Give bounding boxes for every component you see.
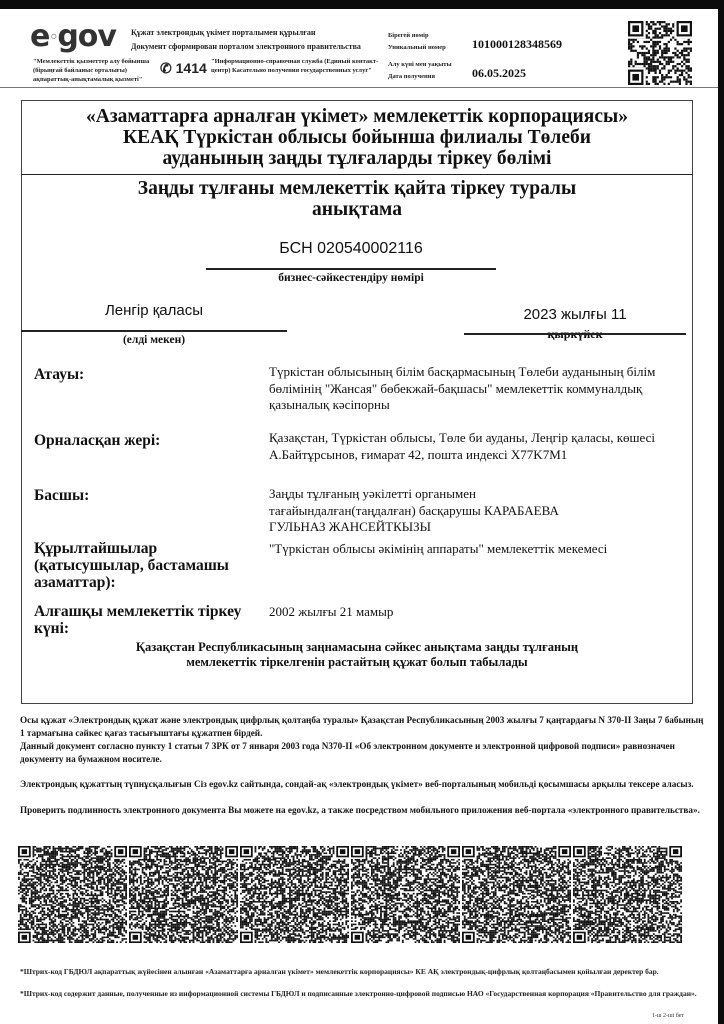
receipt-date: 06.05.2025	[472, 66, 526, 81]
field-value-name: Түркістан облысының білім басқармасының …	[269, 364, 679, 414]
verify-notice-ru: Проверить подлинность электронного докум…	[20, 804, 710, 817]
confirmation-statement: Қазақстан Республикасының заңнамасына сә…	[21, 640, 693, 670]
legal-notice-kz: Осы құжат «Электрондық құжат және электр…	[20, 714, 710, 739]
barcode-note-kz: *Штрих-код ГБДЮЛ ақпараттық жүйесінен ал…	[20, 966, 710, 977]
issuing-organization: «Азаматтарға арналған үкімет» мемлекетті…	[21, 106, 693, 169]
barcode-block	[18, 846, 127, 943]
issue-date-month: қыркүйек	[464, 327, 686, 342]
phone-icon: ✆	[160, 60, 172, 76]
unique-number-label: Бірегей нөмір Уникальный номер	[388, 30, 446, 54]
scan-top-edge	[0, 0, 724, 9]
field-value-address: Қазақстан, Түркістан облысы, Төле би ауд…	[269, 430, 679, 463]
bsn-value: БСН 020540002116	[206, 240, 496, 258]
field-value-first-registration: 2002 жылғы 21 мамыр	[269, 604, 679, 621]
barcode-block	[129, 846, 238, 943]
qr-code-icon	[628, 21, 692, 85]
egov-logo: e◦gov	[30, 22, 116, 53]
field-label-address: Орналасқан жері:	[34, 432, 160, 449]
field-label-first-registration: Алғашқы мемлекеттік тіркеу күні:	[34, 603, 244, 637]
document-title: Заңды тұлғаны мемлекеттік қайта тіркеу т…	[21, 178, 693, 220]
bsn-underline	[206, 268, 496, 270]
field-value-head: Заңды тұлғаның уәкілетті органымен тағай…	[269, 486, 569, 536]
bsn-caption: бизнес-сәйкестендіру нөмірі	[206, 272, 496, 284]
locality-caption: (елді мекен)	[21, 334, 287, 346]
barcode-block	[240, 846, 349, 943]
locality-value: Ленгір қаласы	[21, 302, 287, 319]
barcode-block	[462, 846, 571, 943]
portal-notice: Құжат электрондық үкімет порталымен құры…	[131, 26, 361, 54]
service-desc-ru: "Информационно-справочная служба (Единый…	[211, 57, 381, 75]
verify-notice-kz: Электрондық құжаттың түпнұсқалығын Сіз e…	[20, 778, 710, 791]
barcode-block	[351, 846, 460, 943]
title-divider	[21, 174, 693, 175]
header-divider	[0, 87, 718, 88]
issue-date: 2023 жылғы 11	[464, 306, 686, 323]
locality-underline	[21, 330, 287, 332]
barcode-strip	[18, 846, 682, 943]
legal-notice-ru: Данный документ согласно пункту 1 статьи…	[20, 740, 710, 765]
unique-number: 101000128348569	[472, 37, 562, 52]
barcode-note-ru: *Штрих-код содержит данные, полученные и…	[20, 988, 710, 999]
scan-right-edge	[718, 0, 724, 1024]
barcode-block	[573, 846, 682, 943]
field-label-head: Басшы:	[34, 487, 89, 504]
receipt-date-label: Алу күні мен уақыты Дата получения	[388, 59, 452, 83]
field-value-founders: "Түркістан облысы әкімінің аппараты" мем…	[269, 541, 679, 558]
hotline: ✆ 1414	[160, 60, 207, 77]
field-label-name: Атауы:	[34, 366, 84, 383]
issue-date-underline	[464, 333, 686, 335]
page-indicator: 1-ш 2-ші бет	[652, 1013, 684, 1019]
field-label-founders: Құрылтайшылар (қатысушылар, бастамашы аз…	[34, 540, 264, 591]
service-desc-kz: "Мемлекеттік қызметтер алу бойынша (біры…	[33, 57, 163, 84]
